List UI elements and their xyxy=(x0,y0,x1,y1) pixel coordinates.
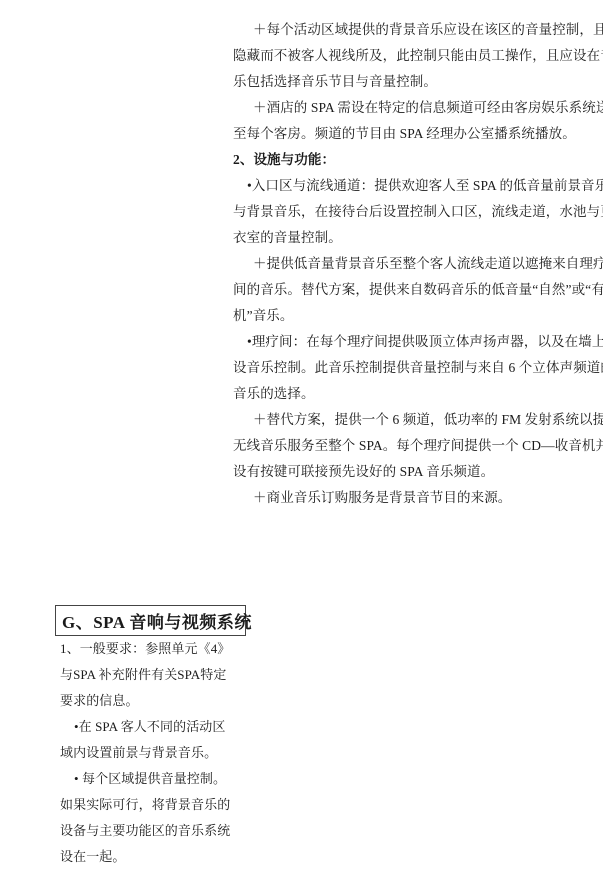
paragraph-line: 要求的信息。 xyxy=(60,691,220,717)
paragraph-line: 隐藏而不被客人视线所及，此控制只能由员工操作，且应设在音 xyxy=(233,46,553,72)
paragraph-line: 与背景音乐，在接待台后设置控制入口区，流线走道，水池与更 xyxy=(233,202,553,228)
paragraph-line: 设在一起。 xyxy=(60,847,220,873)
paragraph-line: ＋酒店的 SPA 需设在特定的信息频道可经由客房娱乐系统送 xyxy=(233,98,553,124)
bullet-line: •入口区与流线通道：提供欢迎客人至 SPA 的低音量前景音乐 xyxy=(233,176,553,202)
paragraph-line: 与SPA 补充附件有关SPA特定 xyxy=(60,665,220,691)
paragraph-line: 域内设置前景与背景音乐。 xyxy=(60,743,220,769)
left-column-text: 1、一般要求：参照单元《4》 与SPA 补充附件有关SPA特定 要求的信息。 •… xyxy=(60,639,220,873)
paragraph-line: ＋提供低音量背景音乐至整个客人流线走道以遮掩来自理疗 xyxy=(233,254,553,280)
paragraph-line: ＋商业音乐订购服务是背景音节目的来源。 xyxy=(233,488,553,514)
paragraph-line: 设有按键可联接预先设好的 SPA 音乐频道。 xyxy=(233,462,553,488)
paragraph-line: 设备与主要功能区的音乐系统 xyxy=(60,821,220,847)
paragraph-line: 1、一般要求：参照单元《4》 xyxy=(60,639,220,665)
paragraph-line: ＋替代方案，提供一个 6 频道，低功率的 FM 发射系统以提供 xyxy=(233,410,553,436)
paragraph-line: ＋每个活动区域提供的背景音乐应设在该区的音量控制，且应 xyxy=(233,20,553,46)
paragraph-line: 设音乐控制。此音乐控制提供音量控制与来自 6 个立体声频道的 xyxy=(233,358,553,384)
paragraph-line: 间的音乐。替代方案，提供来自数码音乐的低音量“自然”或“有 xyxy=(233,280,553,306)
paragraph-line: 至每个客房。频道的节目由 SPA 经理办公室播系统播放。 xyxy=(233,124,553,150)
paragraph-line: 无线音乐服务至整个 SPA。每个理疗间提供一个 CD—收音机并 xyxy=(233,436,553,462)
bullet-line: •理疗间：在每个理疗间提供吸顶立体声扬声器，以及在墙上 xyxy=(233,332,553,358)
bullet-line: •在 SPA 客人不同的活动区 xyxy=(60,717,220,743)
paragraph-line: 乐包括选择音乐节目与音量控制。 xyxy=(233,72,553,98)
subheading-facilities: 2、设施与功能： xyxy=(233,150,553,176)
paragraph-line: 如果实际可行，将背景音乐的 xyxy=(60,795,220,821)
right-column-text: ＋每个活动区域提供的背景音乐应设在该区的音量控制，且应 隐藏而不被客人视线所及，… xyxy=(233,20,553,514)
bullet-line: • 每个区域提供音量控制。 xyxy=(60,769,220,795)
paragraph-line: 机”音乐。 xyxy=(233,306,553,332)
section-title: G、SPA 音响与视频系统 xyxy=(62,608,252,633)
paragraph-line: 音乐的选择。 xyxy=(233,384,553,410)
section-title-box: G、SPA 音响与视频系统 xyxy=(55,605,246,636)
paragraph-line: 衣室的音量控制。 xyxy=(233,228,553,254)
